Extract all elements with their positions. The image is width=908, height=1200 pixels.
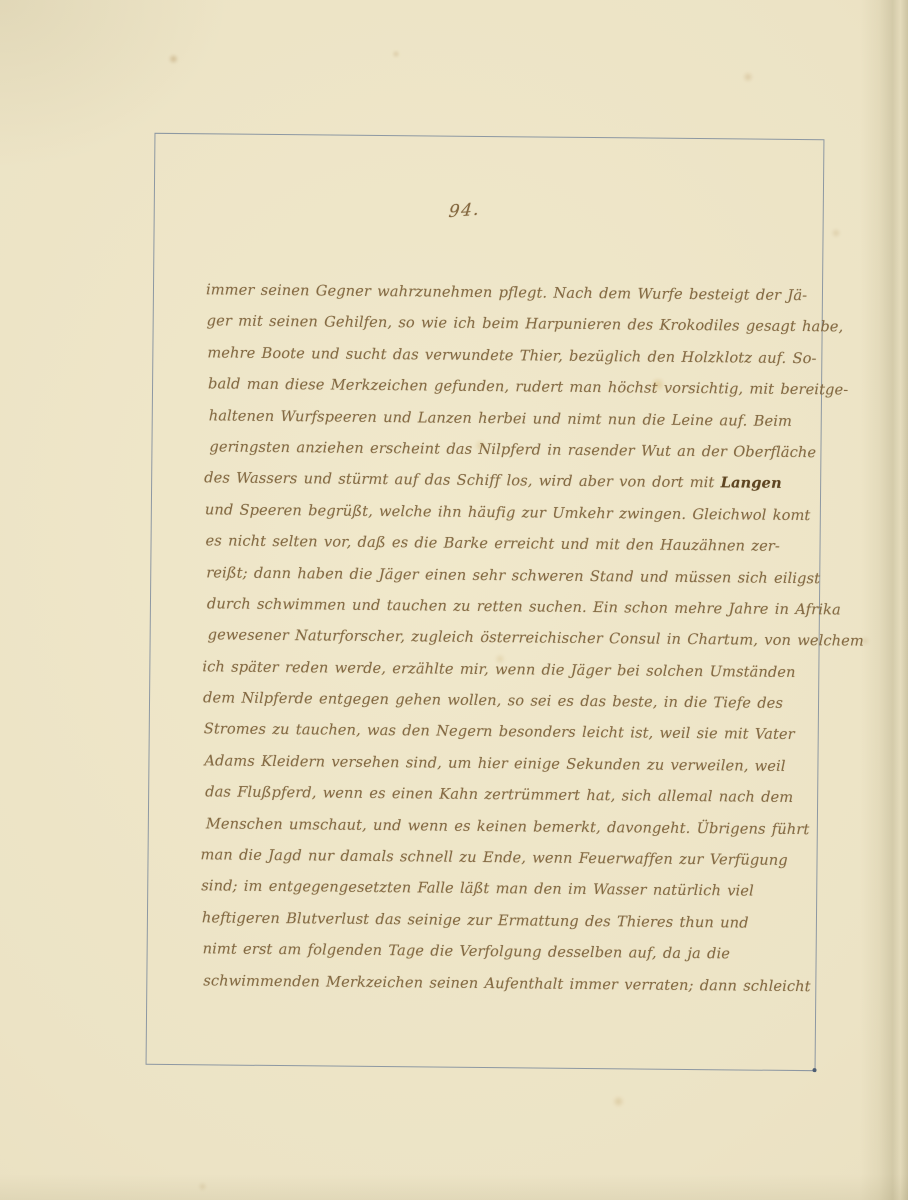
foxing-spot	[831, 228, 841, 238]
manuscript-line: schwimmenden Merkzeichen seinen Aufentha…	[203, 965, 803, 1002]
ink-corner-dot	[813, 1068, 817, 1072]
manuscript-line: es nicht selten vor, daß es die Barke er…	[205, 525, 807, 562]
ruled-border-frame: 94. immer seinen Gegner wahrzunehmen pfl…	[146, 133, 825, 1071]
page-edge-shadow-right	[860, 0, 908, 1200]
manuscript-line-text: Menschen umschaut, und wenn es keinen be…	[206, 815, 810, 838]
manuscript-line-text: es nicht selten vor, daß es die Barke er…	[205, 532, 780, 555]
page-edge-shadow-bottom	[0, 1174, 908, 1200]
foxing-spot	[168, 54, 179, 64]
manuscript-line-text: dem Nilpferde entgegen gehen wollen, so …	[203, 689, 783, 712]
manuscript-line-text: geringsten anziehen erscheint das Nilpfe…	[209, 438, 816, 461]
manuscript-line-text: sind; im entgegengesetzten Falle läßt ma…	[201, 878, 754, 900]
manuscript-line: nimt erst am folgenden Tage die Verfolgu…	[203, 934, 804, 971]
manuscript-line-text: ger mit seinen Gehilfen, so wie ich beim…	[207, 313, 844, 336]
manuscript-line-text: Stromes zu tauchen, was den Negern beson…	[204, 721, 795, 744]
foxing-spot	[742, 72, 754, 82]
manuscript-line-text: des Wassers und stürmt auf das Schiff lo…	[204, 470, 721, 492]
manuscript-line-emphasis: Langen	[721, 475, 782, 493]
foxing-spot	[392, 50, 400, 58]
manuscript-line: das Flußpferd, wenn es einen Kahn zertrü…	[205, 777, 805, 814]
manuscript-text-block: immer seinen Gegner wahrzunehmen pflegt.…	[199, 274, 810, 1002]
manuscript-line-text: heftigeren Blutverlust das seinige zur E…	[202, 909, 749, 931]
manuscript-line-text: Adams Kleidern versehen sind, um hier ei…	[204, 752, 785, 775]
manuscript-line-text: bald man diese Merkzeichen gefunden, rud…	[208, 376, 848, 399]
manuscript-line-text: ich später reden werde, erzählte mir, we…	[202, 658, 795, 681]
manuscript-line-text: haltenen Wurfspeeren und Lanzen herbei u…	[209, 407, 792, 430]
manuscript-line-text: durch schwimmen und tauchen zu retten su…	[207, 595, 841, 618]
manuscript-line-text: reißt; dann haben die Jäger einen sehr s…	[206, 564, 820, 587]
manuscript-line-text: immer seinen Gegner wahrzunehmen pflegt.…	[206, 281, 807, 304]
manuscript-page: 94. immer seinen Gegner wahrzunehmen pfl…	[0, 0, 908, 1200]
page-number: 94.	[448, 199, 481, 222]
manuscript-line-text: mehre Boote und sucht das verwundete Thi…	[207, 344, 816, 367]
manuscript-line: bald man diese Merkzeichen gefunden, rud…	[208, 369, 809, 406]
manuscript-line-text: und Speeren begrüßt, welche ihn häufig z…	[205, 501, 811, 524]
manuscript-line-text: das Flußpferd, wenn es einen Kahn zertrü…	[205, 784, 793, 807]
manuscript-line-text: schwimmenden Merkzeichen seinen Aufentha…	[203, 972, 810, 995]
foxing-spot	[612, 1096, 625, 1107]
manuscript-line-text: nimt erst am folgenden Tage die Verfolgu…	[203, 941, 731, 963]
foxing-spot	[198, 1182, 207, 1191]
manuscript-line-text: man die Jagd nur damals schnell zu Ende,…	[200, 846, 787, 869]
manuscript-line-text: gewesener Naturforscher, zugleich österr…	[208, 627, 864, 650]
